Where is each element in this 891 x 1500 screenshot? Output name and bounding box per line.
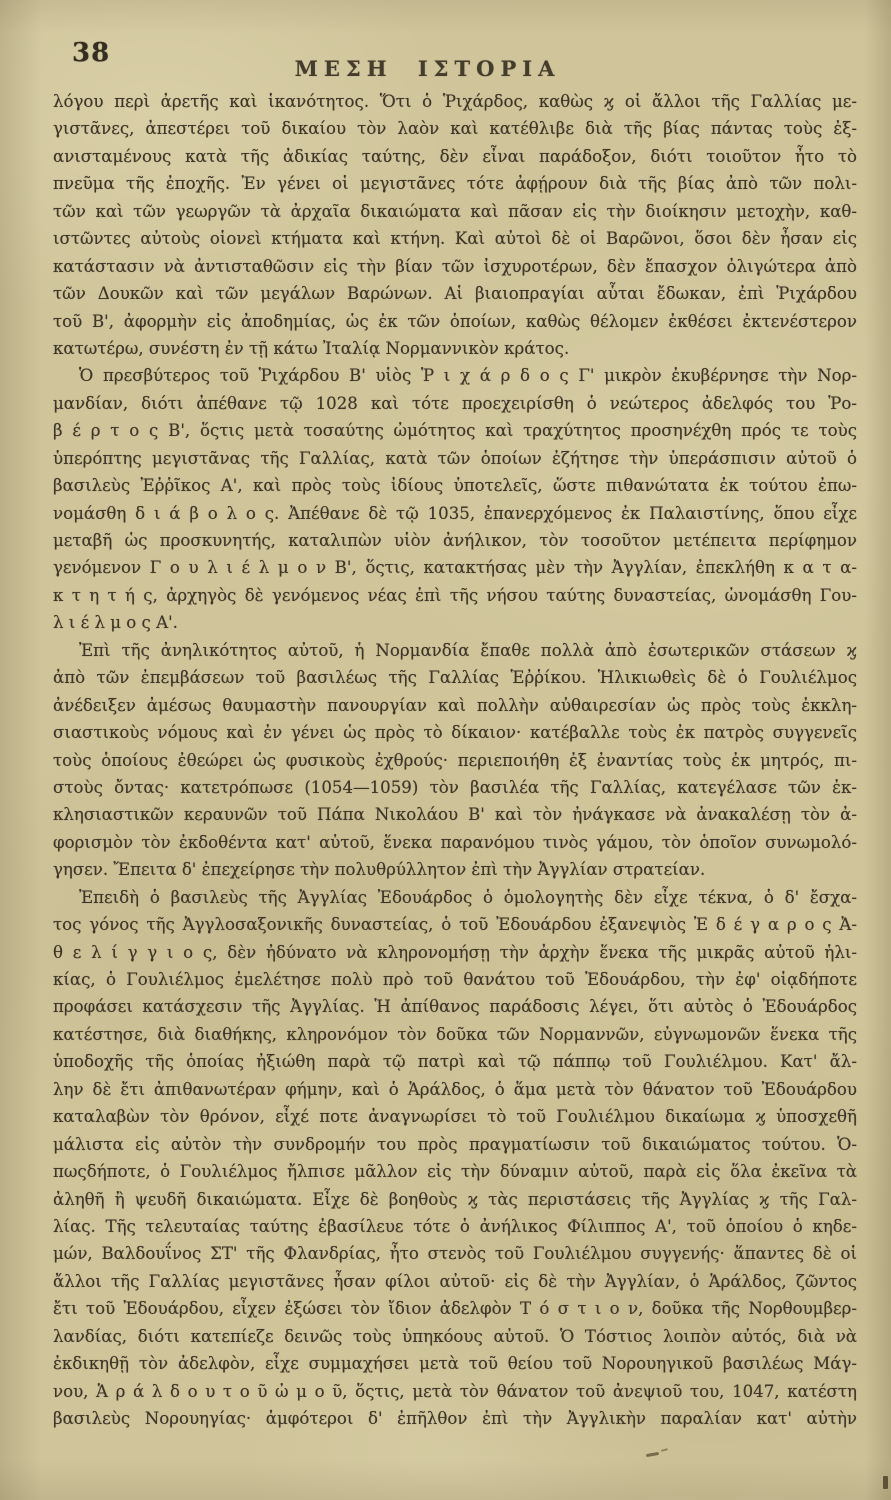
text-line: τοῦ Β', ἀφορμὴν εἰς ἀποδημίας, ὡς ἐκ τῶν…: [53, 308, 857, 335]
text-line: στοὺς ὄντας· κατετρόπωσε (1054—1059) τὸν…: [53, 774, 857, 801]
text-line: ἀληθῆ ἢ ψευδῆ δικαιώματα. Εἶχε δὲ βοηθοὺ…: [53, 1186, 857, 1213]
text-line: μών, Βαλδουΐνος ΣΤ' τῆς Φλανδρίας, ἦτο σ…: [53, 1240, 857, 1267]
text-line: κατάστασιν νὰ ἀντισταθῶσιν εἰς τὴν βίαν …: [53, 253, 857, 280]
text-line: ὑπερόπτης μεγιστᾶνας τῆς Γαλλίας, κατὰ τ…: [53, 445, 857, 472]
text-line: μεταβῆ ὡς προσκυνητής, καταλιπὼν υἱὸν ἀν…: [53, 527, 857, 554]
text-line: ιστῶντες αὐτοὺς οἱονεὶ κτήματα καὶ κτήνη…: [53, 225, 857, 252]
text-line: πνεῦμα τῆς ἐποχῆς. Ἐν γένει οἱ μεγιστᾶνε…: [53, 170, 857, 197]
text-line: βασιλεὺς Νορουηγίας· ἀμφότεροι δ' ἐπῆλθο…: [53, 1405, 857, 1432]
text-line: κ τ η τ ή ς, ἀρχηγὸς δὲ γενόμενος νέας ἐ…: [53, 582, 857, 609]
ink-smudge: [646, 1452, 659, 1457]
text-line: ἐκδικηθῇ τὸν ἀδελφὸν, εἶχε συμμαχήσει με…: [53, 1350, 857, 1377]
text-line: κλησιαστικῶν κεραυνῶν τοῦ Πάπα Νικολάου …: [53, 801, 857, 828]
text-line: β έ ρ τ ο ς Β', ὅςτις μετὰ τοσαύτης ὠμότ…: [53, 417, 857, 444]
text-line: σιαστικοὺς νόμους καὶ ἐν γένει ὡς πρὸς τ…: [53, 719, 857, 746]
text-line: νου, Ἁ ρ ά λ δ ο υ τ ο ῦ ὠ μ ο ῦ, ὅςτις,…: [53, 1378, 857, 1405]
ink-smudge: [661, 1448, 668, 1452]
text-line: λανδίας, διότι κατεπίεζε δεινῶς τοὺς ὑπη…: [53, 1323, 857, 1350]
text-line: καταλαβὼν τὸν θρόνον, εἶχέ ποτε ἀναγνωρί…: [53, 1103, 857, 1130]
text-line: ἄλλοι τῆς Γαλλίας μεγιστᾶνες ἦσαν φίλοι …: [53, 1268, 857, 1295]
text-line: ἔτι τοῦ Ἐδουάρδου, εἶχεν ἐξώσει τὸν ἴδιο…: [53, 1295, 857, 1322]
text-line: κατέστησε, διὰ διαθήκης, κληρονόμον τὸν …: [53, 1021, 857, 1048]
text-line: κατωτέρω, συνέστη ἐν τῇ κάτω Ἰταλίᾳ Νορμ…: [53, 335, 857, 362]
text-line: γιστᾶνες, ἀπεστέρει τοῦ δικαίου τὸν λαὸν…: [53, 115, 857, 142]
text-line: θ ε λ ί γ γ ι ο ς, δὲν ἠδύνατο νὰ κληρον…: [53, 939, 857, 966]
text-line: κίας, ὁ Γουλιέλμος ἐμελέτησε πολὺ πρὸ το…: [53, 966, 857, 993]
text-line: ἀπὸ τῶν ἐπεμβάσεων τοῦ βασιλέως τῆς Γαλλ…: [53, 664, 857, 691]
text-line: λόγου περὶ ἀρετῆς καὶ ἱκανότητος. Ὅτι ὁ …: [53, 88, 857, 115]
text-line: μανδίαν, διότι ἀπέθανε τῷ 1028 καὶ τότε …: [53, 390, 857, 417]
text-line: λην δὲ ἔτι ἀπιθανωτέραν φήμην, καὶ ὁ Ἁρά…: [53, 1076, 857, 1103]
text-line: βασιλεὺς Ἐῤῥῖκος Α', καὶ πρὸς τοὺς ἰδίου…: [53, 472, 857, 499]
text-line: τῶν Δουκῶν καὶ τῶν μεγάλων Βαρώνων. Αἱ β…: [53, 280, 857, 307]
text-line: πωςδήποτε, ὁ Γουλιέλμος ἤλπισε μᾶλλον εἰ…: [53, 1158, 857, 1185]
text-line: τος γόνος τῆς Ἀγγλοσαξονικῆς δυναστείας,…: [53, 911, 857, 938]
text-line: Ἐπὶ τῆς ἀνηλικότητος αὐτοῦ, ἡ Νορμανδία …: [53, 637, 857, 664]
text-line: λ ι έ λ μ ο ς Α'.: [53, 609, 857, 636]
text-line: γησεν. Ἔπειτα δ' ἐπεχείρησε τὴν πολυθρύλ…: [53, 856, 857, 883]
page-text: λόγου περὶ ἀρετῆς καὶ ἱκανότητος. Ὅτι ὁ …: [53, 88, 857, 1432]
text-line: Ἐπειδὴ ὁ βασιλεὺς τῆς Ἀγγλίας Ἐδουάρδος …: [53, 884, 857, 911]
text-line: ἀνέδειξεν ἀμέσως θαυμαστὴν πανουργίαν κα…: [53, 692, 857, 719]
text-line: λίας. Τῆς τελευταίας ταύτης ἐβασίλευε τό…: [53, 1213, 857, 1240]
text-line: ανισταμένους κατὰ τῆς ἀδικίας ταύτης, δὲ…: [53, 143, 857, 170]
text-line: τῶν καὶ τῶν γεωργῶν τὰ ἀρχαῖα δικαιώματα…: [53, 198, 857, 225]
text-line: Ὁ πρεσβύτερος τοῦ Ῥιχάρδου Β' υἱὸς Ῥ ι χ…: [53, 362, 857, 389]
text-line: τοὺς ὁποίους ἐθεώρει ὡς φυσικοὺς ἐχθρούς…: [53, 747, 857, 774]
text-line: φορισμὸν τὸν ἐκδοθέντα κατ' αὐτοῦ, ἕνεκα…: [53, 829, 857, 856]
page-title: ΜΕΣΗ ΙΣΤΟΡΙΑ: [0, 56, 873, 81]
text-line: μάλιστα εἰς αὐτὸν τὴν συνδρομήν του πρὸς…: [53, 1131, 857, 1158]
text-line: ὑποδοχῆς τῆς ὁποίας ἠξιώθη παρὰ τῷ πατρὶ…: [53, 1048, 857, 1075]
page-edge-mark: [883, 1476, 888, 1489]
text-line: γενόμενον Γ ο υ λ ι έ λ μ ο ν Β', ὅςτις,…: [53, 554, 857, 581]
text-line: προφάσει κατάσχεσιν τῆς Ἀγγλίας. Ἡ ἀπίθα…: [53, 993, 857, 1020]
text-line: νομάσθη δ ι ά β ο λ ο ς. Ἀπέθανε δὲ τῷ 1…: [53, 500, 857, 527]
